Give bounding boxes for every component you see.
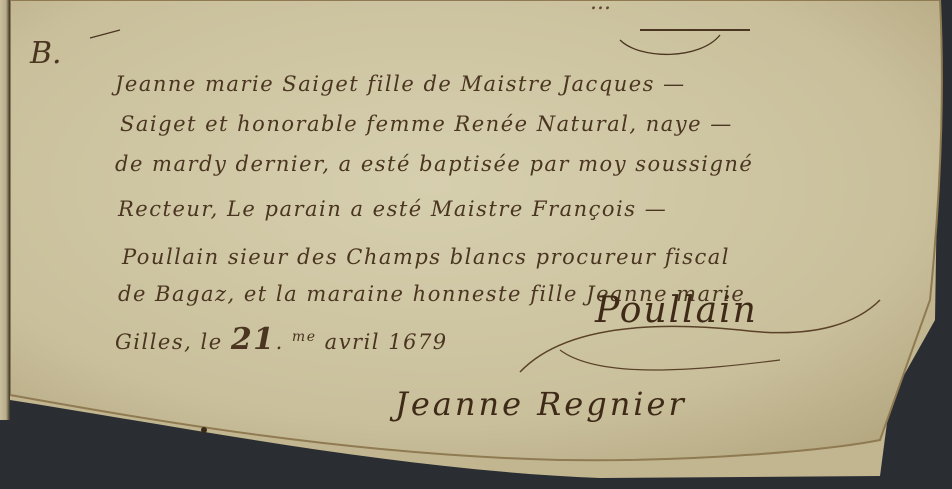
signature-godmother: Jeanne Regnier — [395, 385, 687, 423]
entry-line-3: de mardy dernier, a esté baptisée par mo… — [115, 152, 753, 176]
date-dot: . — [276, 330, 292, 354]
entry-line-2: Saiget et honorable femme Renée Natural,… — [120, 112, 733, 136]
book-binding — [0, 0, 10, 420]
entry-line-1: Jeanne marie Saiget fille de Maistre Jac… — [115, 72, 686, 96]
previous-entry-fragment: ... — [590, 0, 611, 15]
signature-rector: Poullain — [595, 290, 758, 331]
date-day: 21 — [231, 322, 276, 357]
margin-mark: B. — [30, 36, 62, 71]
date-ordinal: me — [292, 329, 317, 345]
register-page: B. ... Jeanne marie Saiget fille de Mais… — [0, 0, 952, 489]
date-month: avril — [325, 330, 380, 354]
entry-line-4: Recteur, Le parain a esté Maistre Franço… — [118, 197, 667, 221]
date-year: 1679 — [388, 330, 447, 354]
entry-line-7-date: Gilles, le 21. me avril 1679 — [115, 322, 448, 357]
date-prefix: Gilles, le — [115, 330, 231, 354]
entry-line-5: Poullain sieur des Champs blancs procure… — [122, 245, 730, 269]
